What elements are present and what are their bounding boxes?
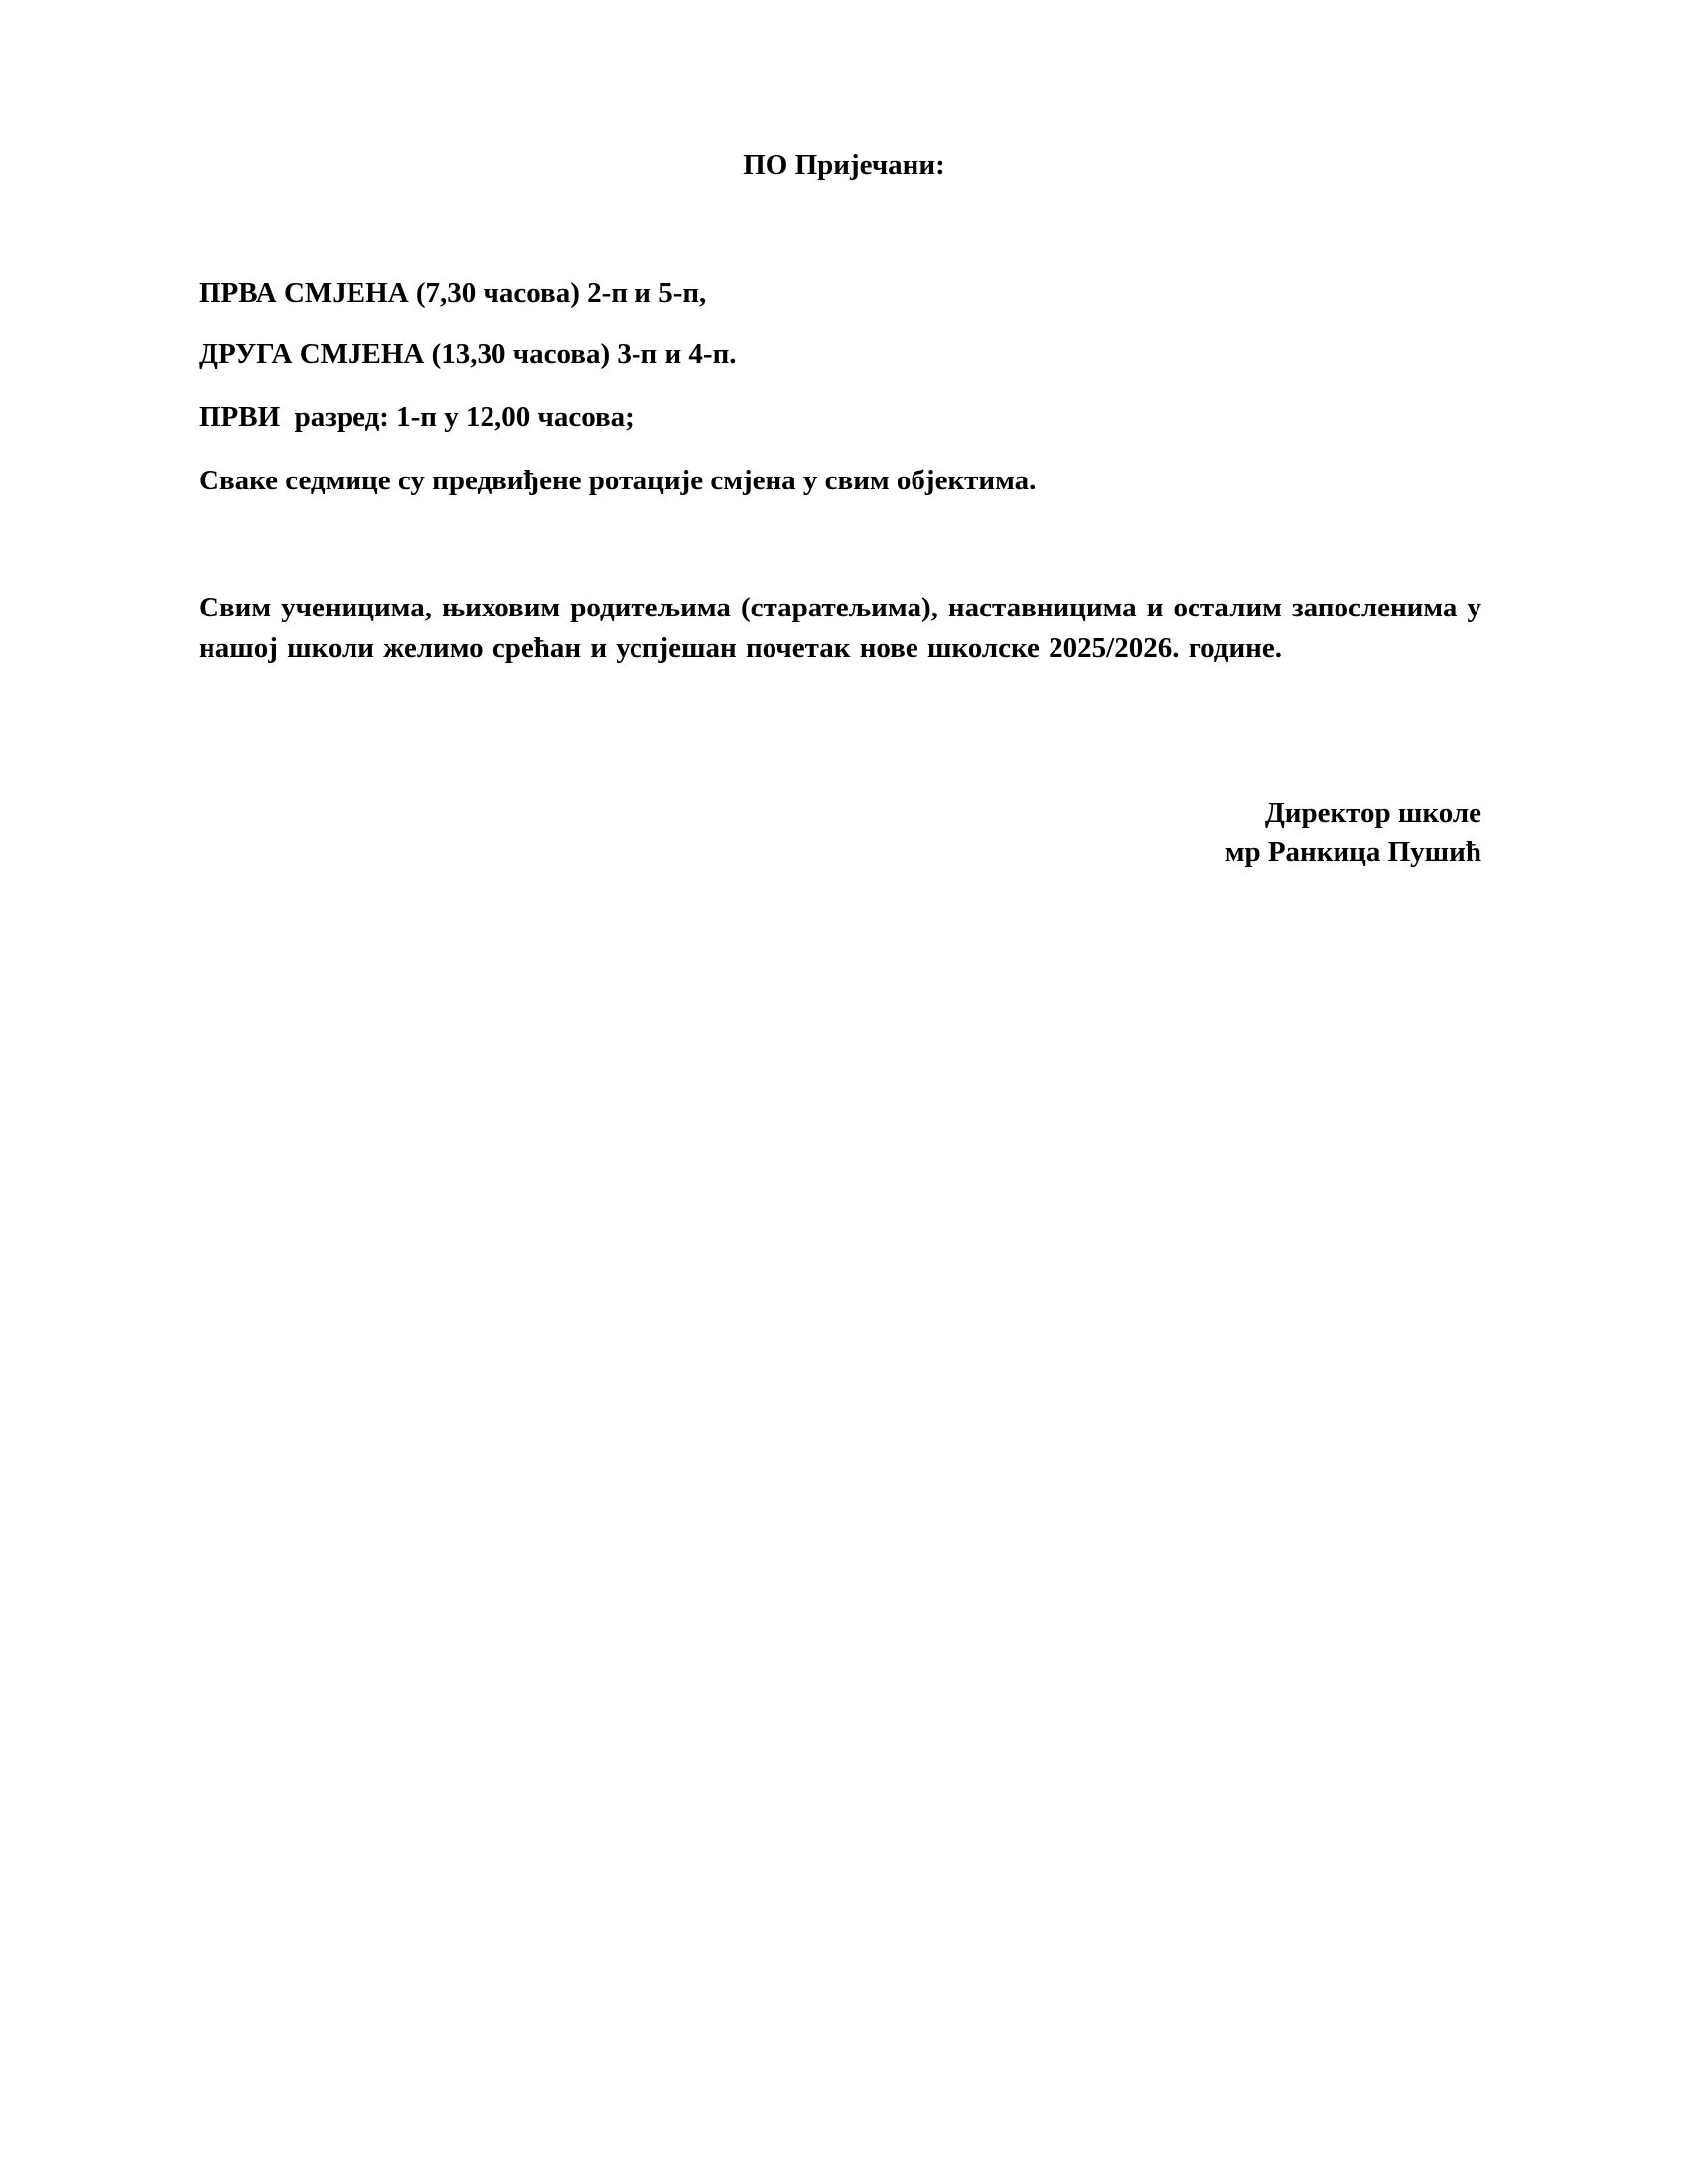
rotation-note-line: Сваке седмице су предвиђене ротације смј… <box>199 463 1481 498</box>
document-page: ПО Пријечани: ПРВА СМЈЕНА (7,30 часова) … <box>0 0 1688 2184</box>
document-title: ПО Пријечани: <box>0 147 1688 183</box>
signature-block: Директор школе мр Ранкица Пушић <box>1225 794 1481 872</box>
second-shift-line: ДРУГА СМЈЕНА (13,30 часова) 3-п и 4-п. <box>199 337 1481 372</box>
first-shift-line: ПРВА СМЈЕНА (7,30 часова) 2-п и 5-п, <box>199 275 1481 311</box>
greeting-paragraph: Свим ученицима, њиховим родитељима (стар… <box>199 588 1481 669</box>
signature-role: Директор школе <box>1225 794 1481 833</box>
signature-name: мр Ранкица Пушић <box>1225 833 1481 872</box>
first-grade-line: ПРВИ разред: 1-п у 12,00 часова; <box>199 399 1481 435</box>
